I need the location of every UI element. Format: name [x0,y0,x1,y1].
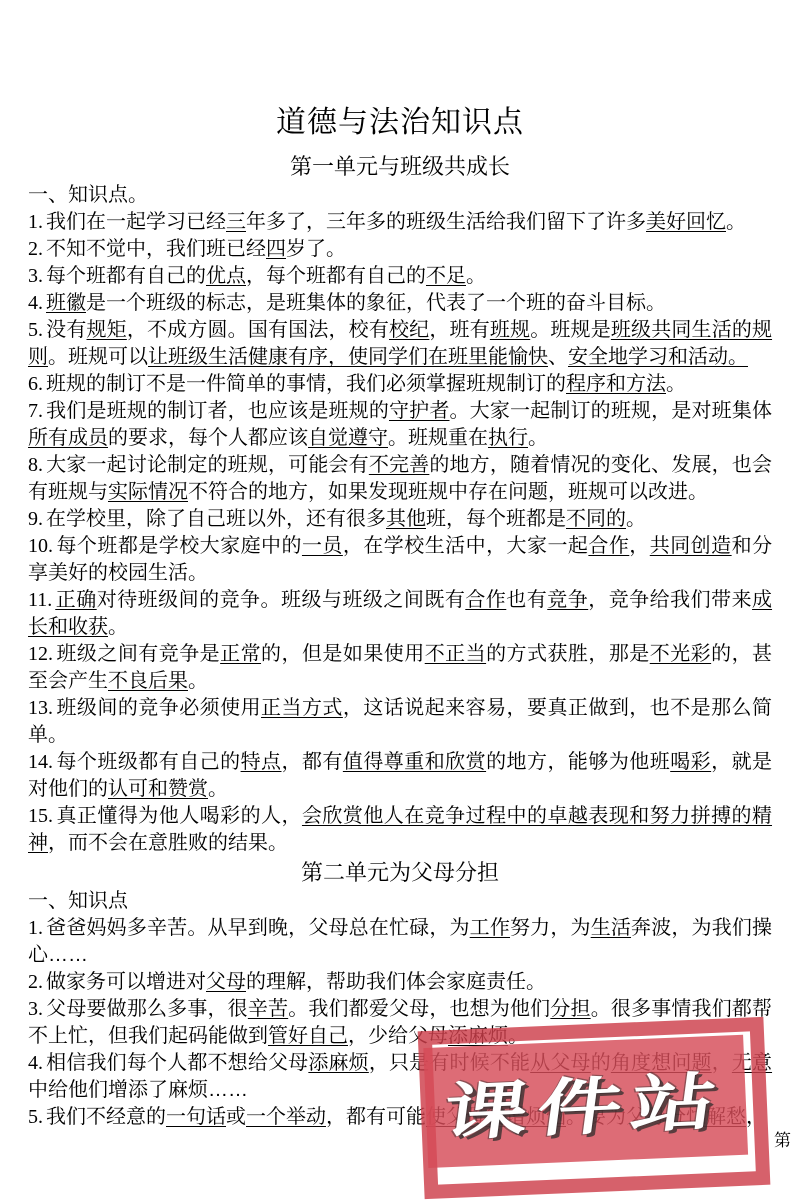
text-segment: 努力，为 [510,917,591,939]
text-segment: ，班有 [429,319,490,341]
underlined-phrase: 班徽 [46,292,86,314]
knowledge-point: 11.正确对待班级间的竞争。班级与班级之间既有合作也有竞争，竞争给我们带来成长和… [28,587,772,641]
text-segment: 我们在一起学习已经 [46,211,226,233]
text-segment: ，不成方圆。国有国法，校有 [127,319,389,341]
underlined-phrase: 一员 [302,535,343,557]
item-number: 12. [28,643,56,665]
item-number: 14. [28,751,56,773]
item-number: 8. [28,454,46,476]
item-number: 2. [28,971,46,993]
text-segment: 。我们都爱父母，也想为他们 [288,998,550,1020]
underlined-phrase: 不完善 [369,454,430,476]
text-segment: 。班规是 [530,319,611,341]
text-segment: 岁了。 [286,238,346,260]
section-2-heading: 第二单元为父母分担 [28,857,772,888]
underlined-phrase: 优点 [206,265,246,287]
knowledge-point: 12.班级之间有竞争是正常的，但是如果使用不正当的方式获胜，那是不光彩的，甚至会… [28,641,772,695]
text-segment: 父母要做那么多事，很 [46,998,248,1020]
document-page: 道德与法治知识点 第一单元与班级共成长 一、知识点。 1.我们在一起学习已经三年… [0,0,800,1200]
text-segment: 每个班都是学校大家庭中的 [56,535,302,557]
document-title: 道德与法治知识点 [28,104,772,142]
text-segment: 大家一起讨论制定的班规，可能会有 [46,454,369,476]
text-segment: 。 [466,265,486,287]
text-segment: 。 [726,211,746,233]
text-segment: 或 [226,1106,246,1128]
page-footer: 第 [774,1130,791,1152]
text-segment: 真正懂得为他人喝彩的人， [56,805,302,827]
knowledge-point: 4.班徽是一个班级的标志，是班集体的象征，代表了一个班的奋斗目标。 [28,290,772,317]
stamp-fill: 课件站 [423,1035,748,1168]
text-segment: 的，但是如果使用 [261,643,425,665]
section-1-intro: 一、知识点。 [28,182,772,209]
text-segment: 。班规可以 [48,346,148,368]
underlined-phrase: 一句话 [166,1106,226,1128]
underlined-phrase: 管好自己 [268,1025,348,1047]
underlined-phrase: 认可和赞赏 [108,778,208,800]
text-segment: 在学校里，除了自己班以外，还有很多 [46,508,386,530]
document-content: 道德与法治知识点 第一单元与班级共成长 一、知识点。 1.我们在一起学习已经三年… [28,104,772,1131]
item-number: 1. [28,211,46,233]
knowledge-point: 5.没有规矩，不成方圆。国有国法，校有校纪，班有班规。班规是班级共同生活的规则。… [28,317,772,371]
underlined-phrase: 执行 [488,427,528,449]
underlined-phrase: 添麻烦 [308,1052,369,1074]
underlined-phrase: 校纪 [389,319,429,341]
underlined-phrase: 三 [226,211,246,233]
underlined-phrase: 规矩 [87,319,127,341]
text-segment: 我们不经意的 [46,1106,166,1128]
underlined-phrase: 正常 [220,643,261,665]
text-segment: 爸爸妈妈多辛苦。从早到晚，父母总在忙碌，为 [46,917,470,939]
underlined-phrase: 合作 [465,589,506,611]
underlined-phrase: 所有成员 [28,427,108,449]
text-segment: 。班规重在 [388,427,488,449]
section-1-heading: 第一单元与班级共成长 [28,151,772,182]
item-number: 1. [28,917,46,939]
knowledge-point: 8.大家一起讨论制定的班规，可能会有不完善的地方，随着情况的变化、发展，也会有班… [28,452,772,506]
item-number: 3. [28,998,46,1020]
text-segment: 我们是班规的制订者，也应该是班规的 [46,400,389,422]
knowledge-point: 1.我们在一起学习已经三年多了，三年多的班级生活给我们留下了许多美好回忆。 [28,209,772,236]
text-segment: 的地方，能够为他班 [486,751,670,773]
underlined-phrase: 不同的 [566,508,626,530]
item-number: 2. [28,238,46,260]
text-segment: 每个班级都有自己的 [56,751,241,773]
underlined-phrase: 合作 [588,535,629,557]
underlined-phrase: 安全地学习和活动。 [568,346,748,368]
knowledge-point: 10.每个班都是学校大家庭中的一员，在学校生活中，大家一起合作，共同创造和分享美… [28,533,772,587]
text-segment: 做家务可以增进对 [46,971,206,993]
underlined-phrase: 辛苦 [248,998,288,1020]
underlined-phrase: 程序和方法 [566,373,666,395]
text-segment: 的要求，每个人都应该 [108,427,308,449]
text-segment: 是一个班级的标志，是班集体的象征，代表了一个班的奋斗目标。 [86,292,666,314]
knowledge-point: 9.在学校里，除了自己班以外，还有很多其他班，每个班都是不同的。 [28,506,772,533]
section-unit-1: 第一单元与班级共成长 一、知识点。 1.我们在一起学习已经三年多了，三年多的班级… [28,151,772,857]
underlined-phrase: 生活 [591,917,631,939]
underlined-phrase: 竞争 [547,589,588,611]
text-segment: 。 [208,778,228,800]
underlined-phrase: 守护者 [389,400,450,422]
text-segment: 年多了，三年多的班级生活给我们留下了许多 [246,211,646,233]
text-segment: 的理解，帮助我们体会家庭责任。 [246,971,546,993]
text-segment: 没有 [46,319,87,341]
text-segment: 班，每个班都是 [426,508,566,530]
underlined-phrase: 美好回忆 [646,211,726,233]
stamp-text: 课件站 [439,1051,732,1152]
knowledge-point: 14.每个班级都有自己的特点，都有值得尊重和欣赏的地方，能够为他班喝彩，就是对他… [28,749,772,803]
text-segment: 每个班都有自己的 [46,265,206,287]
knowledge-point: 7.我们是班规的制订者，也应该是班规的守护者。大家一起制订的班规，是对班集体所有… [28,398,772,452]
underlined-phrase: 其他 [386,508,426,530]
watermark-stamp: 课件站 [418,1017,771,1199]
item-number: 4. [28,292,46,314]
underlined-phrase: 让班级生活健康有序，使同学们在班里能愉快 [148,346,548,368]
text-segment: ， [629,535,649,557]
text-segment: 班级之间有竞争是 [56,643,220,665]
text-segment: 相信我们每个人都不想给父母 [46,1052,308,1074]
underlined-phrase: 正确 [55,589,96,611]
knowledge-point: 3.每个班都有自己的优点，每个班都有自己的不足。 [28,263,772,290]
underlined-phrase: 正当方式 [261,697,343,719]
underlined-phrase: 不足 [426,265,466,287]
item-number: 13. [28,697,56,719]
underlined-phrase: 值得尊重和欣赏 [343,751,486,773]
item-number: 4. [28,1052,46,1074]
item-number: 11. [28,589,55,611]
text-segment: 不知不觉中，我们班已经 [46,238,266,260]
text-segment: 。 [666,373,686,395]
underlined-phrase: 共同创造 [650,535,732,557]
item-number: 7. [28,400,46,422]
item-number: 10. [28,535,56,557]
underlined-phrase: 不光彩 [650,643,711,665]
knowledge-point: 1.爸爸妈妈多辛苦。从早到晚，父母总在忙碌，为工作努力，为生活奔波，为我们操心…… [28,915,772,969]
text-segment: ，都有 [282,751,343,773]
item-number: 6. [28,373,46,395]
text-segment: 班规的制订不是一件简单的事情，我们必须掌握班规制订的 [46,373,566,395]
text-segment: ，每个班都有自己的 [246,265,426,287]
text-segment: 。 [528,427,548,449]
knowledge-point: 2.不知不觉中，我们班已经四岁了。 [28,236,772,263]
underlined-phrase: 自觉遵守 [308,427,388,449]
text-segment: 。 [188,670,208,692]
item-number: 3. [28,265,46,287]
text-segment: ，在学校生活中，大家一起 [343,535,589,557]
knowledge-point: 6.班规的制订不是一件简单的事情，我们必须掌握班规制订的程序和方法。 [28,371,772,398]
underlined-phrase: 工作 [470,917,510,939]
knowledge-point: 2.做家务可以增进对父母的理解，帮助我们体会家庭责任。 [28,969,772,996]
text-segment: 的方式获胜，那是 [486,643,650,665]
underlined-phrase: 实际情况 [108,481,188,503]
underlined-phrase: 分担 [550,998,590,1020]
section-1-items: 1.我们在一起学习已经三年多了，三年多的班级生活给我们留下了许多美好回忆。2.不… [28,209,772,857]
underlined-phrase: 四 [266,238,286,260]
underlined-phrase: 班规 [490,319,530,341]
underlined-phrase: 不正当 [425,643,486,665]
text-segment: 。 [108,616,128,638]
item-number: 9. [28,508,46,530]
underlined-phrase: 不良后果 [108,670,188,692]
text-segment: 。 [626,508,646,530]
text-segment: 。大家一起制订的班规，是对班集体 [450,400,773,422]
knowledge-point: 15.真正懂得为他人喝彩的人，会欣赏他人在竞争过程中的卓越表现和努力拼搏的精神，… [28,803,772,857]
item-number: 15. [28,805,56,827]
text-segment: 班级间的竞争必须使用 [56,697,261,719]
underlined-phrase: 喝彩 [670,751,711,773]
underlined-phrase: 特点 [241,751,282,773]
text-segment: ，竞争给我们带来 [588,589,752,611]
section-2-intro: 一、知识点 [28,888,772,915]
text-segment: 中给他们增添了麻烦…… [28,1079,248,1101]
text-segment: ，都有可能 [326,1106,426,1128]
text-segment: 也有 [506,589,547,611]
knowledge-point: 13.班级间的竞争必须使用正当方式，这话说起来容易，要真正做到，也不是那么简单。 [28,695,772,749]
underlined-phrase: 父母 [206,971,246,993]
item-number: 5. [28,319,46,341]
text-segment: 对待班级间的竞争。班级与班级之间既有 [97,589,466,611]
underlined-phrase: 一个举动 [246,1106,326,1128]
item-number: 5. [28,1106,46,1128]
text-segment: 不符合的地方，如果发现班规中存在问题，班规可以改进。 [188,481,708,503]
text-segment: ，而不会在意胜败的结果。 [48,832,288,854]
text-segment: 、 [548,346,568,368]
